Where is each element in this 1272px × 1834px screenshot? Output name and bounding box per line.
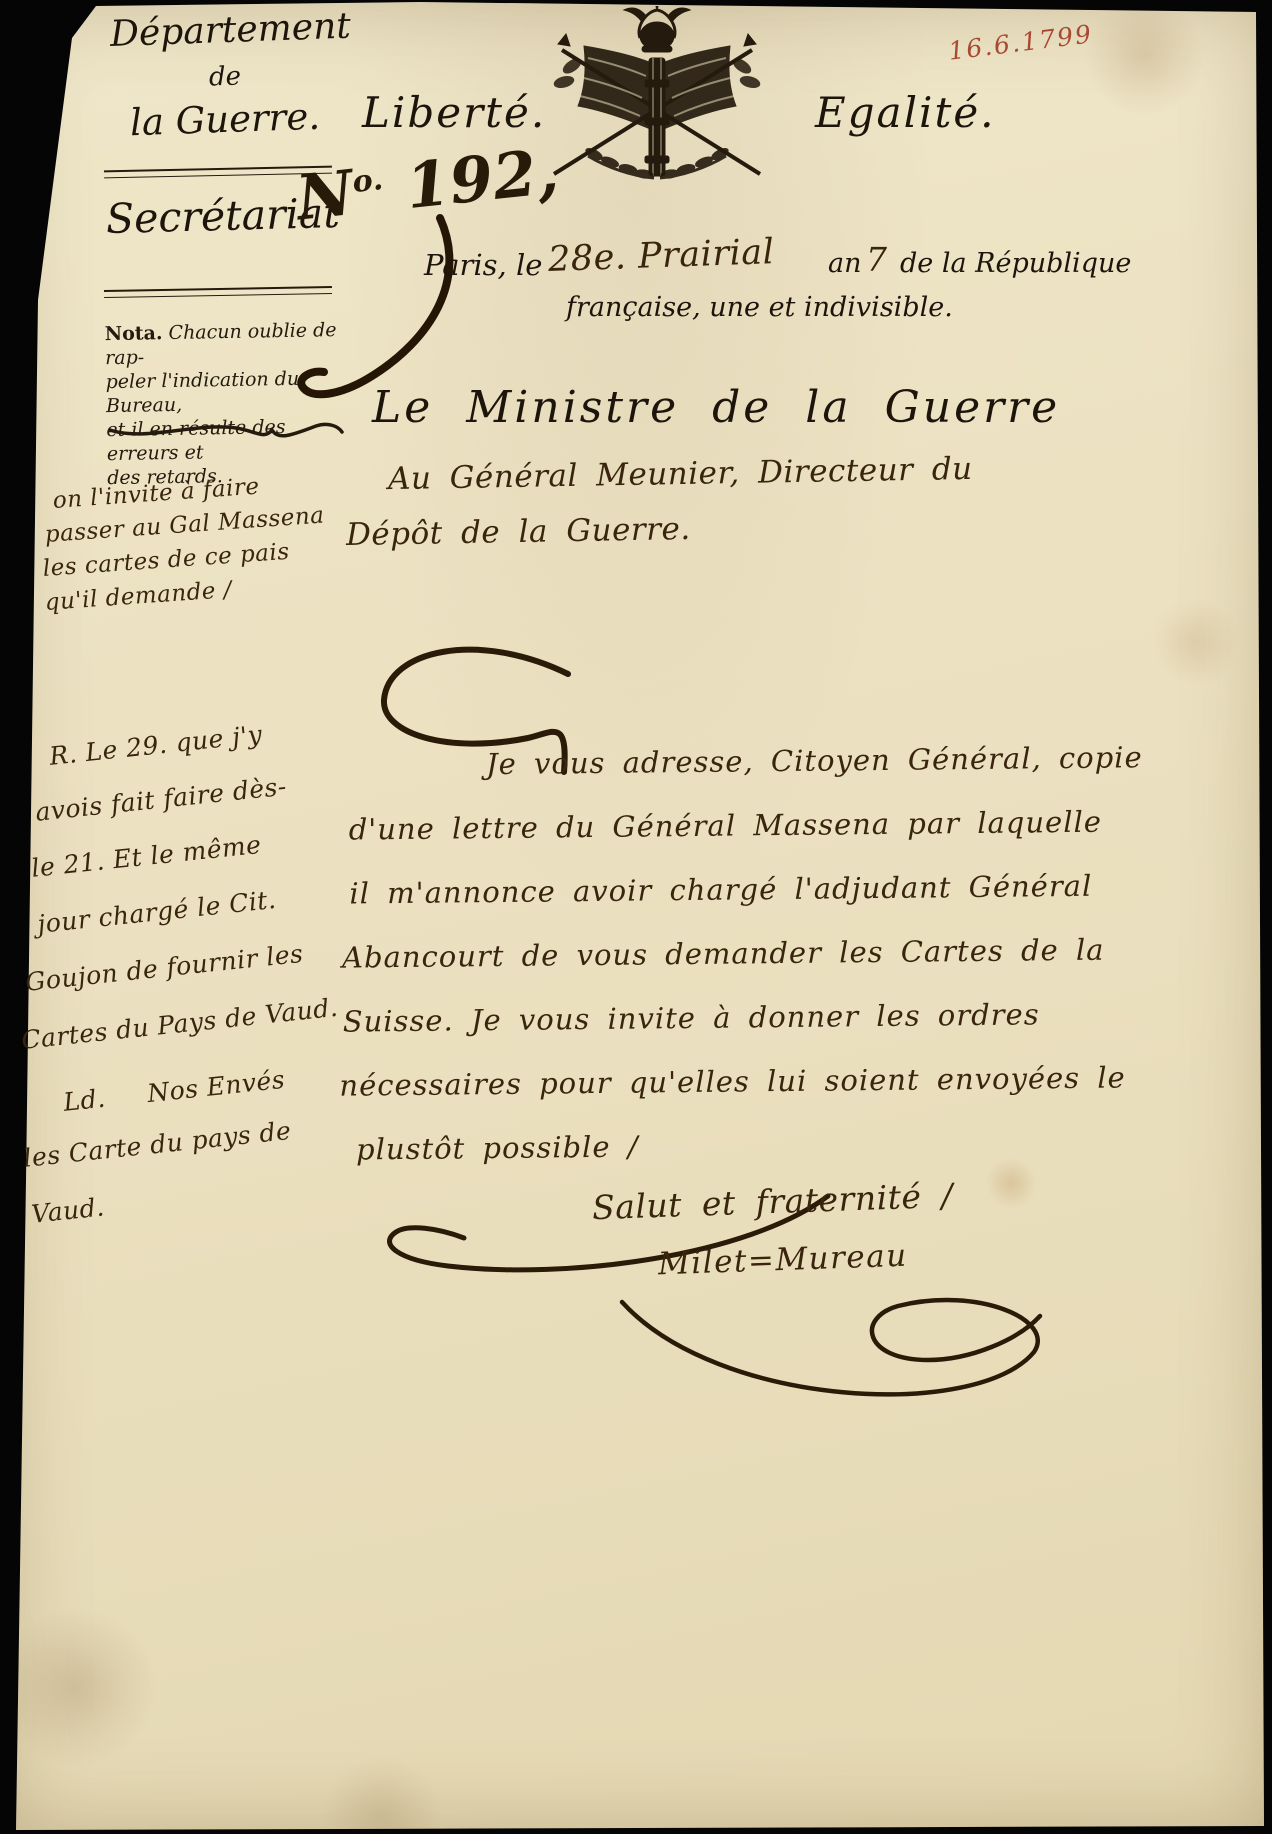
sender-heading: Le Ministre de la Guerre	[372, 382, 1060, 433]
dateline-paris-le: Paris, le	[424, 248, 542, 282]
letterhead-department-line3: la Guerre.	[109, 94, 340, 145]
nota-block: Nota. Chacun oublie de rap- peler l'indi…	[105, 318, 353, 490]
body-line: Suisse. Je vous invite à donner les ordr…	[343, 997, 1040, 1038]
war-trophy-emblem	[528, 6, 786, 194]
scanned-letter: 16.6.1799 Département de la Guerre. Secr…	[0, 0, 1272, 1834]
dateline-line2: française, une et indivisible.	[566, 292, 953, 323]
motto-liberte: Liberté.	[362, 88, 546, 137]
dateline-republique: de la République	[900, 248, 1131, 279]
letterhead-department-line1: Département	[109, 6, 340, 55]
ink-flourish-signature-paraph	[598, 1268, 1068, 1438]
body-line: Je vous adresse, Citoyen Général, copie	[486, 740, 1143, 781]
letter-body: Je vous adresse, Citoyen Général, copie …	[0, 0, 1264, 4]
nota-ornament-squiggle	[106, 418, 346, 448]
dateline-year: 7	[866, 240, 888, 279]
registry-number-ordinal: o.	[351, 162, 385, 200]
recipient-line-2: Dépôt de la Guerre.	[346, 511, 691, 553]
nota-label: Nota.	[105, 322, 163, 345]
body-line: plustôt possible /	[356, 1130, 639, 1167]
dateline-an: an	[828, 248, 862, 279]
motto-egalite: Egalité.	[815, 88, 996, 137]
dateline-handwritten-date: 28e. Prairial	[547, 232, 775, 280]
nota-line-2: peler l'indication du Bureau,	[105, 368, 299, 417]
